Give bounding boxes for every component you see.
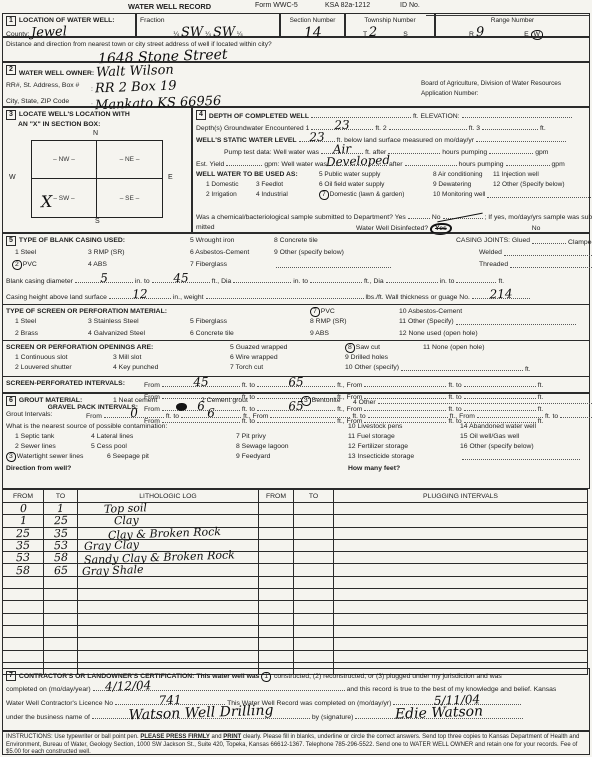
contamination-option: 1 Septic tank [15, 432, 91, 442]
contamination-option: 12 Fertilizer storage [348, 442, 460, 452]
section-3-number: 3 [6, 110, 16, 120]
range-box: Range Number R 9E W [435, 13, 590, 37]
screen-material-option: 10 Asbestos-Cement [399, 307, 462, 317]
use-option: 10 Monitoring well [433, 190, 485, 200]
thickness-field: 214 [472, 291, 530, 299]
contamination-option: 5 Cess pool [91, 442, 236, 452]
form-title: WATER WELL RECORD [128, 2, 211, 11]
after-label: after [389, 161, 403, 168]
openings-option: 6 Wire wrapped [230, 353, 345, 363]
ft-to-label: ft. to [166, 413, 179, 420]
circled-7: 7 [319, 190, 329, 200]
gpm-label-2: gpm [552, 161, 565, 168]
board-label: Board of Agriculture, Division of Water … [421, 79, 561, 89]
owner-value: Walt Wilson [96, 64, 174, 80]
print-text: PRINT [223, 734, 241, 740]
certification-text: constructed, (2) reconstructed, or (3) p… [274, 673, 502, 680]
contamination-other-field [462, 452, 580, 460]
screen-material-option: 2 Brass [15, 329, 88, 339]
gi-to-field: 6 [181, 410, 241, 418]
circled-3-watertight: 3 [6, 452, 16, 462]
use-option: 6 Oil field water supply [319, 180, 433, 190]
ft-from-label: ft., From [450, 413, 475, 420]
thickness-value: 214 [489, 288, 512, 301]
gw-3-field [482, 122, 538, 130]
openings-option-selected: 8Saw cut [345, 343, 423, 353]
contamination-option: 9 Feedyard [236, 452, 348, 462]
well-water-was-label: Well water was [281, 161, 327, 168]
static-level-rest: ft. below land surface measured on mo/da… [337, 137, 475, 144]
sample-question: Was a chemical/bacteriological sample su… [196, 214, 406, 221]
screen-material-option: 8 RMP (SR) [310, 317, 399, 327]
gi-from2-field [270, 410, 350, 418]
openings-option: 9 Drilled holes [345, 353, 388, 363]
disinfected-no: No [532, 225, 541, 232]
log-to: 1 [57, 503, 64, 514]
log-row: 125Clay [3, 515, 588, 527]
developed-field: Developed [329, 158, 387, 166]
col-header-litho: LITHOLOGIC LOG [78, 490, 259, 503]
sample-question-2: ; If yes, mo/day/yrs sample was sub- [485, 214, 592, 221]
col-header-to-2: TO [294, 490, 334, 503]
diam-value: 5 [100, 272, 108, 284]
certification-box: 7CONTRACTOR'S OR LANDOWNER'S CERTIFICATI… [2, 668, 590, 731]
use-label: WELL WATER TO BE USED AS: [196, 170, 319, 180]
dia3-ft: ft. [498, 278, 504, 285]
static-level-label: WELL'S STATIC WATER LEVEL [196, 137, 297, 144]
after-hours-field [388, 146, 440, 154]
business-name-field: Watson Well Drilling [92, 711, 310, 719]
dia2-depth-field [310, 275, 362, 283]
use-option: 5 Public water supply [319, 170, 433, 180]
contamination-option: 7 Pit privy [236, 432, 348, 442]
quadrant-ne: NE [120, 156, 140, 163]
instructions-box: INSTRUCTIONS: Use typewriter or ball poi… [2, 731, 590, 755]
use-option: 8 Air conditioning [433, 170, 493, 180]
contamination-option: 6 Seepage pit [107, 452, 236, 462]
groundwater-label: Depth(s) Groundwater Encountered [196, 125, 304, 132]
circled-8: 8 [345, 343, 355, 353]
openings-option: 3 Mill slot [113, 353, 230, 363]
casing-title: TYPE OF BLANK CASING USED: [19, 237, 125, 244]
direction-label: Direction from well? [6, 464, 348, 474]
license-label: Water Well Contractor's Licence No [6, 700, 113, 707]
col-header-plugging: PLUGGING INTERVALS [334, 490, 588, 503]
grout-option-selected: 3Bentonite [301, 396, 353, 406]
screen-material-option: 12 None used (open hole) [399, 329, 478, 339]
contamination-option: 14 Abandoned water well [460, 422, 536, 432]
est-yield-label: Est. Yield [196, 161, 224, 168]
no-checkmark [437, 213, 482, 223]
range-label: Range Number [439, 16, 586, 26]
fraction-label: Fraction [140, 16, 276, 26]
compass-w: W [9, 174, 16, 181]
casing-joints-label: CASING JOINTS: Glued [456, 236, 530, 246]
address-value: RR 2 Box 19 [95, 80, 177, 96]
yield-field [226, 158, 262, 166]
spi-to-value: 65 [288, 376, 304, 389]
casing-option: 1 Steel [15, 248, 88, 258]
grout-other-field [378, 396, 592, 404]
grout-box: 6GROUT MATERIAL:1 Neat cement2 Cement gr… [2, 393, 590, 489]
depth-title: DEPTH OF COMPLETED WELL [209, 113, 309, 120]
log-to: 35 [53, 527, 67, 538]
ft-to-label: ft. to [448, 382, 461, 389]
fraction-box: Fraction ¼ SW ¼ SW ¼ [136, 13, 280, 37]
grout-option: 1 Neat cement [113, 396, 201, 406]
depth-blank [311, 110, 411, 118]
screen-other-field [456, 317, 576, 325]
screen-material-title: TYPE OF SCREEN OR PERFORATION MATERIAL: [6, 307, 310, 317]
signature-value: Edie Watson [395, 704, 484, 721]
compass-n: N [93, 130, 98, 137]
threaded-field [510, 260, 592, 268]
location-title: LOCATION OF WATER WELL: [19, 17, 115, 24]
openings-option: 4 Key punched [113, 363, 230, 373]
log-row: 3553Gray Clay [3, 539, 588, 551]
watertight-label: Watertight sewer lines [17, 453, 84, 460]
log-row: 5865Gray Shale [3, 564, 588, 576]
ft-from-label: ft., From [243, 413, 268, 420]
log-litho: Gray Clay [84, 539, 139, 552]
gi-from-field: 0 [104, 410, 164, 418]
use-domestic-lawn-label: Domestic (lawn & garden) [330, 191, 405, 198]
press-firmly-text: PLEASE PRESS FIRMLY [140, 734, 209, 740]
bentonite-label: Bentonite [312, 397, 341, 404]
business-name-value: Watson Well Drilling [128, 703, 273, 722]
log-to: 58 [53, 552, 67, 563]
id-no-label: ID No. [400, 2, 420, 9]
log-row: 01Top soil [3, 503, 588, 515]
col-header-from-2: FROM [259, 490, 294, 503]
threaded-label: Threaded [479, 260, 508, 270]
form-number: Form WWC-5 [255, 2, 298, 9]
screen-material-option: 1 Steel [15, 317, 88, 327]
gpm-field-2 [506, 158, 550, 166]
log-from: 35 [16, 540, 30, 551]
section-box-locator: 3LOCATE WELL'S LOCATION WITH AN "X" IN S… [2, 107, 192, 233]
disinfected-label: Water Well Disinfected? [356, 225, 428, 232]
section-7-number: 7 [6, 671, 16, 681]
quadrant-se: SE [120, 195, 140, 202]
dia3-label: ft., Dia [364, 278, 384, 285]
log-litho: Clay [114, 515, 139, 527]
owner-box: 2WATER WELL OWNER: Walt Wilson RR#, St. … [2, 62, 590, 107]
contamination-option: 8 Sewage lagoon [236, 442, 348, 452]
log-to: 65 [53, 564, 67, 575]
diam-in-to: in. to [135, 278, 150, 285]
section-2-number: 2 [6, 65, 16, 75]
township-box: Township Number T 2S [345, 13, 435, 37]
use-option: 9 Dewatering [433, 180, 493, 190]
casing-option-selected: 2PVC [12, 260, 88, 270]
log-row-empty [3, 601, 588, 613]
section-number-box: Section Number 14 [280, 13, 345, 37]
divider [3, 340, 589, 341]
ft-to-label: ft. to [242, 382, 255, 389]
depth-box: 4DEPTH OF COMPLETED WELLft. ELEVATION: D… [192, 107, 590, 233]
dia3-field [386, 275, 438, 283]
casing-other-field [276, 260, 391, 268]
screen-material-option: 6 Concrete tile [190, 329, 310, 339]
height-field: 12 [109, 291, 171, 299]
grout-option: 2 Cement grout [201, 396, 301, 406]
gw-ft: ft. [540, 125, 546, 132]
ft-to-label: ft. to [352, 413, 365, 420]
diam-label: Blank casing diameter [6, 278, 73, 285]
dia2-field [233, 275, 291, 283]
how-many-feet-label: How many feet? [348, 465, 400, 472]
instructions-text: well. [77, 749, 91, 755]
diam-depth-field: 45 [152, 275, 210, 283]
col-header-to: TO [44, 490, 78, 503]
log-row-empty [3, 589, 588, 601]
quadrant-nw: NW [53, 156, 75, 163]
casing-option: 5 Wrought iron [190, 236, 274, 246]
constructed-text: constructed [46, 749, 77, 755]
gi-to2-field [368, 410, 448, 418]
township-label: Township Number [349, 16, 431, 26]
distance-box: Distance and direction from nearest town… [2, 37, 590, 62]
contamination-option: 2 Sewer lines [15, 442, 91, 452]
log-from: 25 [16, 527, 30, 538]
openings-option: 10 Other (specify) [345, 363, 399, 373]
gw-1-value: 23 [335, 119, 351, 132]
openings-option: 7 Torch cut [230, 363, 345, 373]
screen-material-option: 11 Other (Specify) [399, 317, 454, 327]
well-location-x-mark: X [41, 194, 53, 210]
log-from: 1 [19, 515, 26, 526]
col-header-from: FROM [3, 490, 44, 503]
spi-from2-field [364, 379, 446, 387]
weight-label: in., weight [173, 294, 204, 301]
gi-to-value: 6 [207, 407, 215, 419]
agency-block: Board of Agriculture, Division of Water … [421, 79, 561, 99]
contamination-option: 15 Oil well/Gas well [460, 432, 519, 442]
locate-title-1: LOCATE WELL'S LOCATION WITH [19, 111, 130, 118]
static-level-value: 23 [309, 131, 325, 144]
owner-title: WATER WELL OWNER: [19, 70, 94, 77]
use-option: 3 Feedlot [256, 180, 319, 190]
hours-pumping-label-2: hours pumping [459, 161, 504, 168]
spi-from-field: 45 [162, 379, 240, 387]
location-box: 1LOCATION OF WATER WELL: County: Jewel [2, 13, 136, 37]
casing-box: 5TYPE OF BLANK CASING USED:5 Wrought iro… [2, 233, 590, 393]
openings-option: 5 Guazed wrapped [230, 343, 345, 353]
section-4-number: 4 [196, 110, 206, 120]
screen-pvc-label: PVC [321, 308, 335, 315]
dia3-in-to: in. to [440, 278, 455, 285]
signature-field: Edie Watson [355, 711, 523, 719]
contamination-option: 4 Lateral lines [91, 432, 236, 442]
ksa-number: KSA 82a-1212 [325, 2, 370, 9]
casing-option: 8 Concrete tile [274, 236, 372, 246]
clamped-label: Clamped [568, 239, 592, 246]
ft-label: ft. [538, 382, 544, 389]
gw-3-label: ft. 3 [469, 125, 480, 132]
openings-title: SCREEN OR PERFORATION OPENINGS ARE: [6, 343, 230, 353]
address-label: RR#, St. Address, Box # [6, 81, 91, 91]
water-well-record-form: WATER WELL RECORD Form WWC-5 KSA 82a-121… [0, 0, 592, 757]
contamination-option: 10 Livestock pens [348, 422, 460, 432]
gi-from3-field [477, 410, 543, 418]
certification-text-2: and this record is true to the best of m… [347, 686, 557, 693]
contamination-option: 16 Other (specify below) [460, 442, 534, 452]
gpm-colon: gpm: [264, 161, 279, 168]
casing-option: 6 Asbestos-Cement [190, 248, 274, 258]
gw-2-label: ft. 2 [375, 125, 386, 132]
casing-option: 7 Fiberglass [190, 260, 274, 270]
from-label: From [144, 382, 160, 389]
developed-value: Developed [326, 154, 391, 168]
screen-material-option: 9 ABS [310, 329, 399, 339]
completed-date-value: 4/12/04 [104, 679, 151, 693]
use-option: 12 Other (Specify below) [493, 180, 565, 190]
diam-field: 5 [75, 275, 133, 283]
sample-no-field [443, 211, 483, 219]
dia3-depth-field [456, 275, 496, 283]
gw-2-field [389, 122, 467, 130]
static-level-field: 23 [299, 134, 335, 142]
casing-option: 4 ABS [88, 260, 190, 270]
log-row-empty [3, 576, 588, 588]
completed-on-label: completed on (mo/day/year) [6, 686, 91, 693]
contamination-option: 11 Fuel storage [348, 432, 460, 442]
gpm-field [489, 146, 533, 154]
log-row-empty [3, 613, 588, 625]
elevation-label: ft. ELEVATION: [413, 113, 460, 120]
log-to: 53 [53, 540, 67, 551]
ft-to-label: ft. to [545, 413, 558, 420]
height-value: 12 [132, 288, 148, 301]
section-5-number: 5 [6, 236, 16, 246]
log-row-empty [3, 625, 588, 637]
welded-label: Welded [479, 248, 502, 258]
weight-field [206, 291, 364, 299]
circled-7-pvc: 7 [310, 307, 320, 317]
grout-option: 4 Other [353, 399, 376, 406]
log-row-empty [3, 638, 588, 650]
casing-option: 9 Other (specify below) [274, 248, 395, 258]
log-litho: Gray Shale [82, 564, 144, 577]
contamination-label: What is the nearest source of possible c… [6, 422, 348, 432]
after-hours-field-2 [405, 158, 457, 166]
log-row: 2535Clay & Broken Rock [3, 527, 588, 539]
screen-material-selected: 7PVC [310, 307, 399, 317]
instructions-text: INSTRUCTIONS: Use typewriter or ball poi… [6, 734, 140, 740]
dia2-in-to: in. to [293, 278, 308, 285]
gpm-label: gpm [535, 149, 548, 156]
divider [3, 304, 589, 305]
spi-to2-field [464, 379, 536, 387]
log-from: 0 [19, 503, 26, 514]
elevation-blank [462, 110, 572, 118]
monitoring-well-blank [487, 190, 592, 198]
lithologic-log-table: FROM TO LITHOLOGIC LOG FROM TO PLUGGING … [2, 489, 590, 675]
spi-from-value: 45 [193, 376, 209, 389]
glued-field [532, 236, 566, 244]
circled-1-constructed: 1 [261, 672, 271, 682]
instructions-text: and [210, 734, 223, 740]
grout-title: GROUT MATERIAL: [19, 397, 82, 404]
section-6-number: 6 [6, 396, 16, 406]
license-value: 741 [158, 694, 181, 707]
log-row: 5358Sandy Clay & Broken Rock [3, 552, 588, 564]
thickness-label: lbs./ft. Wall thickness or guage No. [366, 294, 470, 301]
contamination-option-selected: 3Watertight sewer lines [6, 452, 107, 462]
pump-water-field: Air [321, 146, 363, 154]
grout-intervals-label: Grout Intervals: [6, 410, 86, 420]
completed-date-field: 4/12/04 [93, 683, 345, 691]
openings-ft: ft. [525, 366, 531, 373]
business-name-label: under the business name of [6, 714, 90, 721]
static-date-field [476, 134, 566, 142]
from-label: From [86, 413, 102, 420]
compass-e: E [168, 174, 173, 181]
circled-2: 2 [12, 260, 22, 270]
gi-from-value: 0 [130, 407, 138, 419]
gw-1-field: 23 [311, 122, 373, 130]
saw-cut-label: Saw cut [356, 344, 380, 351]
log-from: 53 [16, 552, 30, 563]
welded-field [504, 248, 592, 256]
mitted-label: mitted [196, 223, 356, 233]
application-number-label: Application Number: [421, 89, 561, 99]
ft-from-label: ft., From [337, 382, 362, 389]
quadrant-sw: SW [53, 195, 74, 202]
log-from: 58 [16, 564, 30, 575]
use-option: 1 Domestic [206, 180, 256, 190]
locate-title-2: AN "X" IN SECTION BOX: [6, 120, 188, 130]
compass-s: S [95, 218, 100, 225]
casing-option: 3 RMP (SR) [88, 248, 190, 258]
screen-material-option: 5 Fiberglass [190, 317, 310, 327]
diam-ft-dia: ft., Dia [212, 278, 232, 285]
use-option: 4 Industrial [256, 190, 319, 200]
use-option-selected: 7Domestic (lawn & garden) [319, 190, 433, 200]
openings-option: 11 None (open hole) [423, 343, 484, 353]
spi-to-field: 65 [257, 379, 335, 387]
openings-option: 2 Louvered shutter [15, 363, 113, 373]
screen-material-option: 4 Galvanized Steel [88, 329, 190, 339]
city-label: City, State, ZIP Code [6, 97, 91, 107]
signature-label: by (signature) [312, 714, 354, 721]
screen-material-option: 3 Stainless Steel [88, 317, 190, 327]
sample-yes-field [408, 211, 430, 219]
diam-depth-value: 45 [173, 272, 189, 285]
height-label: Casing height above land surface [6, 294, 107, 301]
hours-pumping-label: hours pumping [442, 149, 487, 156]
pump-test-label: Pump test data: Well water was [224, 149, 319, 156]
circled-3: 3 [301, 396, 311, 406]
pvc-label: PVC [23, 261, 37, 268]
use-option: 2 Irrigation [206, 190, 256, 200]
log-row-empty [3, 650, 588, 662]
log-to: 25 [53, 515, 67, 526]
screen-intervals-label: SCREEN-PERFORATED INTERVALS: [6, 379, 144, 389]
gi-to3-field [560, 410, 592, 418]
use-option: 11 Injection well [493, 170, 539, 180]
section-1-number: 1 [6, 16, 16, 26]
distance-label: Distance and direction from nearest town… [6, 40, 586, 50]
openings-other-field [401, 363, 523, 371]
openings-option: 1 Continuous slot [15, 353, 113, 363]
contamination-option: 13 Insecticide storage [348, 452, 460, 462]
